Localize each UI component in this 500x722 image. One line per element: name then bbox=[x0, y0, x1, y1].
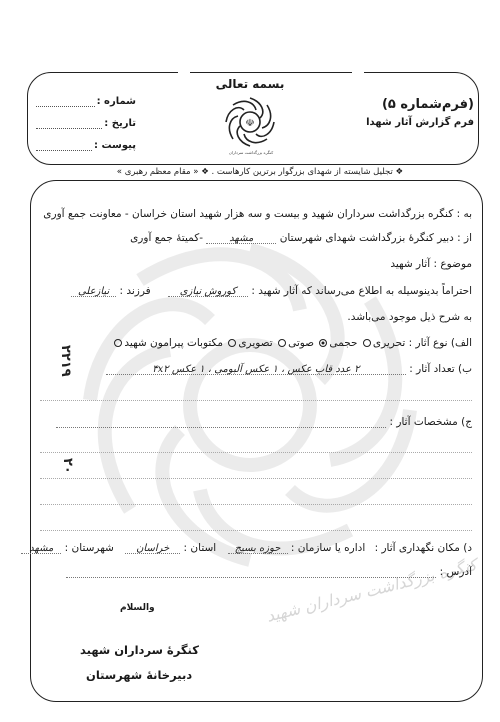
storage-label: د) مکان نگهداری آثار : bbox=[375, 542, 472, 554]
respect-line: احتراماً بدینوسیله به اطلاع می‌رساند که … bbox=[71, 285, 472, 297]
option-label: مکتوبات پیرامون شهید bbox=[124, 337, 223, 349]
child-of-label: فرزند : bbox=[119, 285, 150, 297]
from-prefix: از : دبیر کنگرهٔ بزرگداشت شهدای شهرستان bbox=[280, 232, 472, 244]
signature-line-1: کنگرهٔ سرداران شهید bbox=[80, 643, 199, 657]
from-suffix: -کمیتهٔ جمع آوری bbox=[130, 232, 203, 244]
type-line: الف) نوع آثار : تحریری حجمی صوتی تصویری … bbox=[112, 337, 472, 349]
province-field[interactable]: خراسان bbox=[125, 543, 180, 554]
specs-field[interactable] bbox=[56, 417, 386, 428]
dotted-rule bbox=[40, 504, 472, 505]
option-label: تصویری bbox=[238, 337, 272, 349]
svg-text:☫: ☫ bbox=[246, 118, 255, 129]
option-label: تحریری bbox=[373, 337, 405, 349]
child-of-field[interactable]: نیازعلی bbox=[71, 286, 116, 297]
margin-number-note: ۲۲۱۹ bbox=[58, 345, 73, 377]
congress-emblem-icon: ☫ bbox=[222, 94, 278, 150]
radio-physical[interactable] bbox=[319, 339, 327, 347]
attachment-field[interactable]: پیوست : bbox=[36, 140, 136, 151]
city-field[interactable]: مشهد bbox=[21, 543, 61, 554]
address-label: آدرس : bbox=[440, 566, 472, 578]
type-option-physical[interactable]: حجمی bbox=[317, 337, 357, 349]
count-label: ب) تعداد آثار : bbox=[409, 363, 472, 375]
number-label: شماره : bbox=[97, 96, 136, 107]
from-line: از : دبیر کنگرهٔ بزرگداشت شهدای شهرستان … bbox=[130, 232, 472, 244]
option-label: صوتی bbox=[288, 337, 314, 349]
signature-line-2: دبیرخانهٔ شهرستان bbox=[86, 668, 192, 682]
radio-writings[interactable] bbox=[114, 339, 122, 347]
header-frame-gap bbox=[352, 70, 364, 74]
type-option-image[interactable]: تصویری bbox=[226, 337, 272, 349]
count-line: ب) تعداد آثار : ۲ عدد قاب عکس ، ۱ عکس آل… bbox=[106, 363, 472, 375]
martyr-name-field[interactable]: کوروش نیازی bbox=[168, 286, 248, 297]
dotted-rule bbox=[40, 452, 472, 453]
city-label: شهرستان : bbox=[65, 542, 114, 554]
count-field[interactable]: ۲ عدد قاب عکس ، ۱ عکس آلبومی ، ۱ عکس ۴x۲ bbox=[106, 364, 406, 375]
respect-prefix: احتراماً بدینوسیله به اطلاع می‌رساند که … bbox=[251, 285, 472, 297]
address-field[interactable] bbox=[66, 567, 436, 578]
margin-page-note: ۲۰ bbox=[60, 458, 75, 474]
number-field[interactable]: شماره : bbox=[36, 96, 136, 107]
subject-line: موضوع : آثار شهید bbox=[390, 258, 472, 270]
number-input-line[interactable] bbox=[36, 98, 95, 107]
respect-suffix: به شرح ذیل موجود می‌باشد. bbox=[347, 311, 472, 323]
to-line: به : کنگره بزرگداشت سرداران شهید و بیست … bbox=[43, 208, 472, 220]
emblem-caption: کنگره بزرگداشت سرداران شهید bbox=[226, 150, 276, 156]
from-city-field[interactable]: مشهد bbox=[206, 233, 276, 244]
address-line: آدرس : bbox=[66, 566, 472, 578]
radio-written[interactable] bbox=[363, 339, 371, 347]
province-label: استان : bbox=[184, 542, 217, 554]
form-title: فرم گزارش آثار شهدا bbox=[366, 117, 474, 128]
attachment-label: پیوست : bbox=[94, 140, 136, 151]
date-field[interactable]: تاریخ : bbox=[36, 118, 136, 129]
specs-label: ج) مشخصات آثار : bbox=[390, 416, 473, 428]
type-option-written[interactable]: تحریری bbox=[361, 337, 405, 349]
bismillah-heading: بسمه تعالی bbox=[210, 77, 290, 91]
dotted-rule bbox=[40, 400, 472, 401]
radio-image[interactable] bbox=[228, 339, 236, 347]
radio-audio[interactable] bbox=[278, 339, 286, 347]
header-frame-gap bbox=[178, 70, 190, 74]
option-label: حجمی bbox=[329, 337, 357, 349]
date-input-line[interactable] bbox=[36, 120, 102, 129]
date-label: تاریخ : bbox=[104, 118, 136, 129]
type-option-audio[interactable]: صوتی bbox=[276, 337, 314, 349]
specs-line: ج) مشخصات آثار : bbox=[56, 416, 472, 428]
storage-line: د) مکان نگهداری آثار : اداره یا سازمان :… bbox=[21, 542, 472, 554]
dotted-rule bbox=[40, 530, 472, 531]
org-field[interactable]: حوزه بسیج bbox=[228, 543, 288, 554]
type-option-writings[interactable]: مکتوبات پیرامون شهید bbox=[112, 337, 223, 349]
dotted-rule bbox=[40, 478, 472, 479]
org-label: اداره یا سازمان : bbox=[291, 542, 365, 554]
closing: والسلام bbox=[120, 603, 155, 613]
attachment-input-line[interactable] bbox=[36, 142, 92, 151]
leader-quote: ❖ تجلیل شایسته از شهدای بزرگوار برترین ک… bbox=[60, 167, 460, 177]
type-label: الف) نوع آثار : bbox=[409, 337, 472, 349]
form-number: (فرم‌شماره ۵) bbox=[382, 97, 474, 112]
